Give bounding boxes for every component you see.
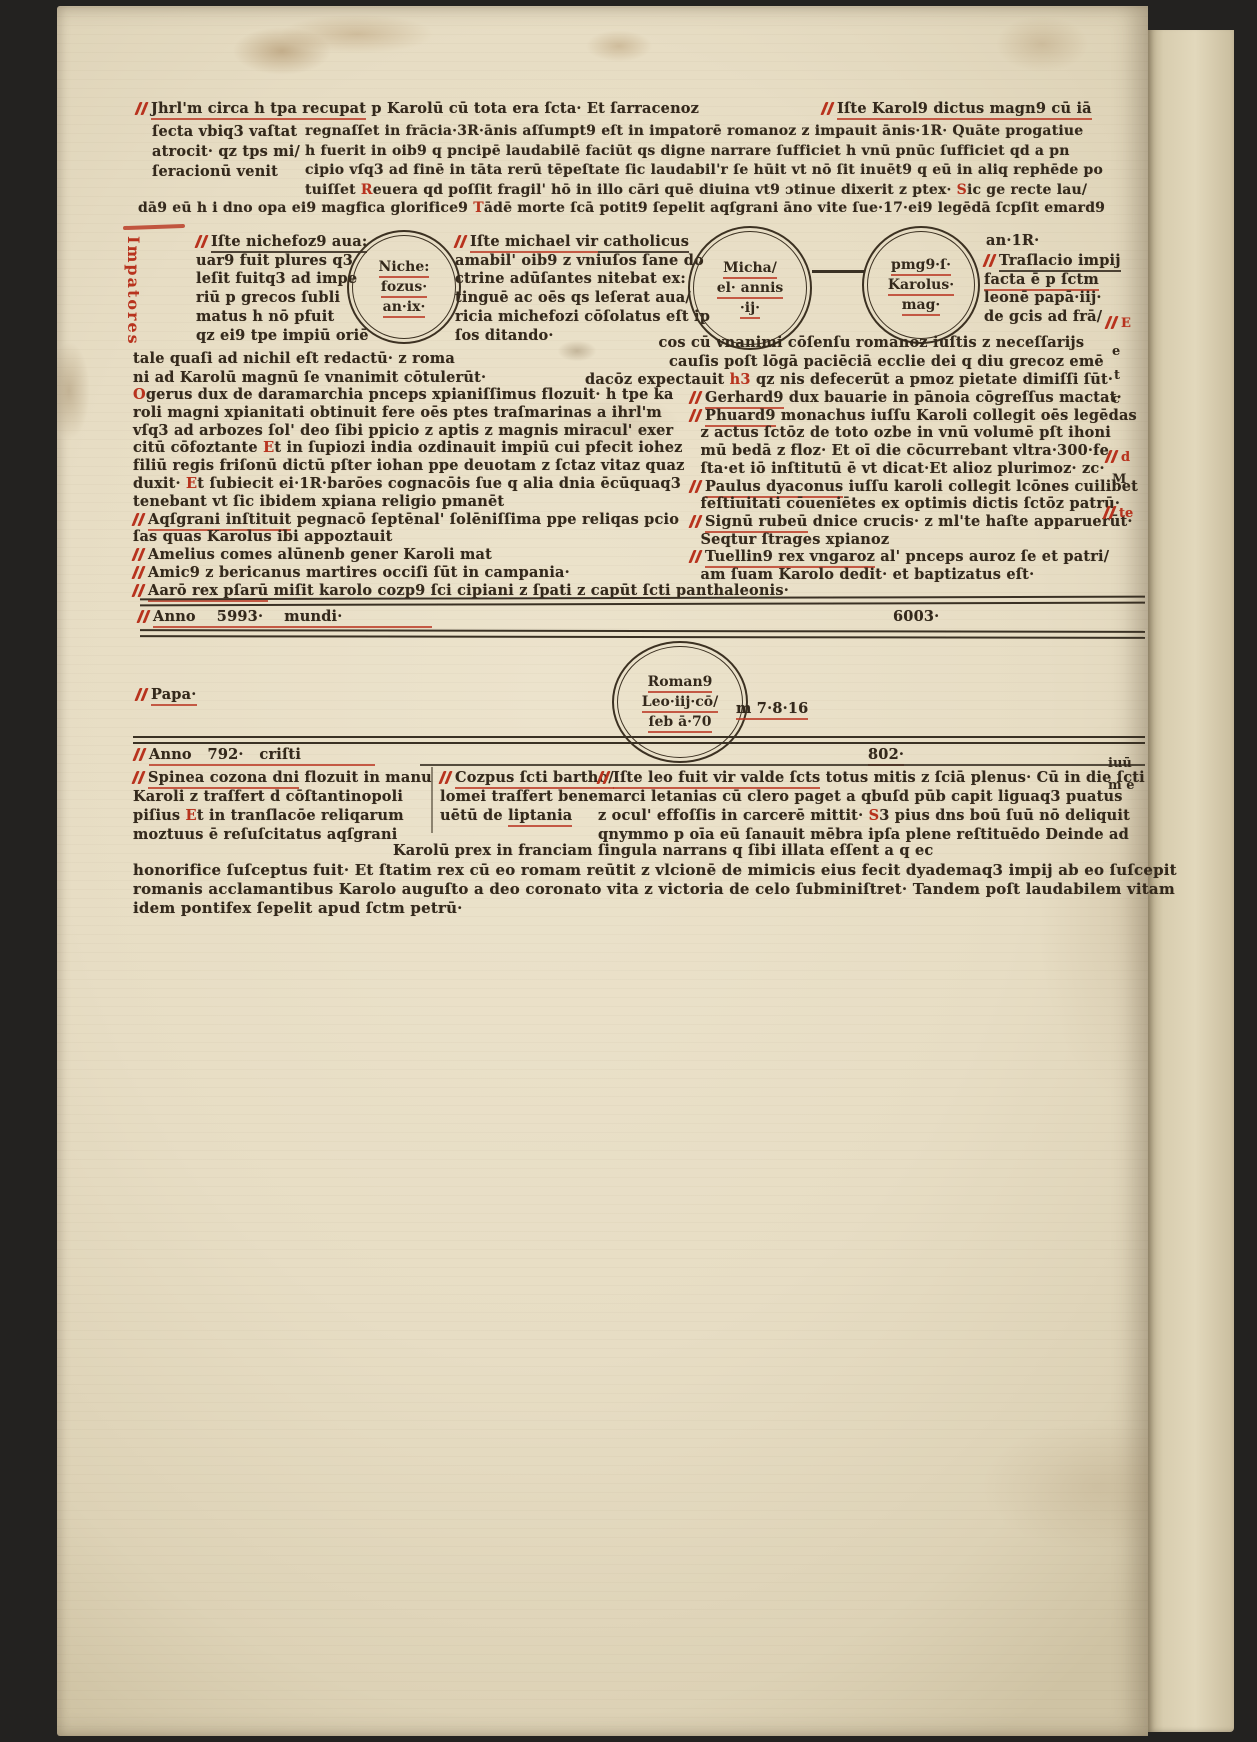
text-line: Cozpus ſcti bartho/ xyxy=(440,768,600,787)
bottom-continuation-line: Karolū prex in franciam ſingula narrans … xyxy=(393,842,1013,860)
text-line: Karolus· xyxy=(888,276,954,295)
text-line: ſta·et iō inſtitutū ē vt dicat·Et alioz … xyxy=(690,460,1145,478)
text-line: mū bedā z floz· Et oī die cōcurrebant vl… xyxy=(690,442,1145,460)
text-line: el· annis xyxy=(717,279,784,298)
text-line: mag· xyxy=(902,296,941,315)
pilcrow-mark xyxy=(133,584,144,597)
pilcrow-mark xyxy=(133,566,144,579)
text-line: piſius Et in tranſlacōe reliqarum xyxy=(133,806,433,825)
text-line: duxit· Et ſubiecit ei·1R·barōes cognacōi… xyxy=(133,475,703,493)
anno-mundi-right-value: 6003· xyxy=(893,608,983,626)
margin-fragment: E xyxy=(1106,316,1131,331)
genealogy-connector-line xyxy=(812,270,864,273)
pilcrow-mark xyxy=(690,550,701,563)
text-line: fozus· xyxy=(381,278,427,297)
circle-karolus-magnus: pmg9·ſ·Karolus·mag· xyxy=(862,226,980,344)
text-line: idem pontifex ſepelit apud ſctm petrū· xyxy=(133,899,1148,918)
top-main-paragraph: regnaſſet in frācia·3R·ānis aſſumpt9 eſt… xyxy=(305,122,1115,200)
double-rule xyxy=(133,736,1145,744)
pilcrow-mark xyxy=(196,235,207,248)
left-continuation: tale quaſi ad nichil eſt redactū· z roma… xyxy=(133,350,553,387)
margin-label-imperatores: Impatores xyxy=(124,236,143,346)
text-line: Papa· xyxy=(136,686,256,704)
text-line: vſq3 ad arbozes ſol' deo ſibi ppicio z a… xyxy=(133,422,703,440)
text-line: z actus ſctōz de toto ozbe in vnū volumē… xyxy=(690,424,1145,442)
text-line: Anno 5993· mundi· xyxy=(138,608,698,626)
text-line: 802· xyxy=(868,746,958,764)
top-right-header: Iſte Karol9 dictus magn9 cū iā xyxy=(822,100,1122,118)
margin-fragment: te xyxy=(1104,506,1133,521)
text-line: tale quaſi ad nichil eſt redactū· z roma xyxy=(133,350,553,369)
pilcrow-mark xyxy=(455,235,466,248)
right-entries-list: Gerhard9 dux bauarie in pānoia cōgreſſus… xyxy=(690,389,1145,584)
text-line: an·ix· xyxy=(383,298,426,317)
pilcrow-mark xyxy=(133,548,144,561)
papa-red-note: m 7·8·16 xyxy=(736,700,856,718)
text-line: qz ei9 tpe impiū oriē xyxy=(196,327,361,346)
pilcrow-mark xyxy=(440,771,451,784)
text-line: ſas quas Karolus ibi appoztauit xyxy=(133,528,703,546)
text-line: facta ē p ſctm xyxy=(984,271,1149,290)
pilcrow-mark xyxy=(1104,506,1115,519)
pilcrow-mark xyxy=(690,391,701,404)
bottom-column-leo: Iſte leo fuit vir valde ſcts totus mitis… xyxy=(598,768,1146,844)
text-line: Niche: xyxy=(379,258,430,277)
text-line: Iſte nichefoz9 aua: xyxy=(196,233,361,252)
circle-michael: Micha/el· annis·ij· xyxy=(688,226,812,350)
text-line: dā9 eū h i dno opa ei9 magfica glorifice… xyxy=(138,200,1118,218)
top-closing-line: dā9 eū h i dno opa ei9 magfica glorifice… xyxy=(138,200,1118,218)
pilcrow-mark xyxy=(1106,450,1117,463)
text-line: Roman9 xyxy=(648,673,713,692)
nichephorus-paragraph: Iſte nichefoz9 aua:uar9 fuit plures q3le… xyxy=(196,233,361,345)
text-line: Aqſgrani inſtituit pegnacō ſeptēnal' ſol… xyxy=(133,511,703,529)
pilcrow-mark xyxy=(598,771,609,784)
papa-label: Papa· xyxy=(136,686,256,704)
column-divider xyxy=(431,767,433,833)
text-line: honorifice ſuſceptus fuit· Et ſtatim rex… xyxy=(133,861,1148,880)
bottom-column-bartholomew: Cozpus ſcti bartho/lomei traſfert beneuē… xyxy=(440,768,600,825)
text-line: pmg9·ſ· xyxy=(891,256,951,275)
text-line: Gerhard9 dux bauarie in pānoia cōgreſſus… xyxy=(690,389,1145,407)
right-continuation: cos cū vnanimi cōſenſu romanoz iuſtis z … xyxy=(585,334,1145,390)
text-line: z ocul' effoſſis in carcerē mittit· S3 p… xyxy=(598,806,1146,825)
translatio-imperii-note: Traſlacio impijfacta ē p ſctmleonē papā·… xyxy=(984,252,1149,326)
anno-cristi-right-value: 802· xyxy=(868,746,958,764)
text-line: Jhrl'm circa h tpa recupat p Karolū cū t… xyxy=(136,100,816,118)
text-line: filiū regis friſonū dictū pſter iohan pp… xyxy=(133,457,703,475)
text-line: lomei traſfert bene xyxy=(440,787,600,806)
text-line: tenebant vt ſic ibidem xpiana religio pm… xyxy=(133,493,703,511)
text-line: citū cōfoztante Et in ſupiozi india ozdi… xyxy=(133,439,703,457)
text-line: leonē papā·iij· xyxy=(984,289,1149,308)
text-line: cauſis poſt lōgā paciēciā ecclie dei q d… xyxy=(585,353,1145,372)
pilcrow-mark xyxy=(690,409,701,422)
pilcrow-mark xyxy=(136,688,147,701)
text-line: Signū rubeū dnice crucis· z ml'te haſte … xyxy=(690,513,1145,531)
pilcrow-mark xyxy=(984,254,995,267)
text-line: regnaſſet in frācia·3R·ānis aſſumpt9 eſt… xyxy=(305,122,1115,142)
text-line: Karolū prex in franciam ſingula narrans … xyxy=(393,842,1013,860)
pilcrow-mark xyxy=(690,480,701,493)
age-note: an·1R· xyxy=(986,232,1076,250)
text-line: tinguē ac oēs qs leſerat aua/ xyxy=(455,289,690,308)
michael-paragraph: Iſte michael vir catholicusamabil' oib9 … xyxy=(455,233,690,345)
text-line: uētū de liptania xyxy=(440,806,600,825)
margin-fragment: c xyxy=(1112,392,1120,407)
background-edge xyxy=(1234,0,1257,1742)
pilcrow-mark xyxy=(133,771,144,784)
text-line: roli magni xpianitati obtinuit fere oēs … xyxy=(133,404,703,422)
bottom-column-crown: Spinea cozona dni flozuit in manuKaroli … xyxy=(133,768,433,844)
text-line: Ogerus dux de daramarchia pnceps xpianiſ… xyxy=(133,386,703,404)
text-line: Tuellin9 rex vngaroz al' pnceps auroz ſe… xyxy=(690,548,1145,566)
circle-pope-leo: Roman9Leo·iij·cō/ſeb ā·70 xyxy=(612,641,748,763)
text-line: uar9 fuit plures q3 xyxy=(196,252,361,271)
margin-fragment: t xyxy=(1114,368,1120,383)
text-line: Iſte Karol9 dictus magn9 cū iā xyxy=(822,100,1122,118)
pilcrow-mark xyxy=(822,102,833,115)
anno-mundi-label: Anno 5993· mundi· xyxy=(138,608,698,626)
text-line: amabil' oib9 z vniuſos ſane do xyxy=(455,252,690,271)
single-rule xyxy=(420,764,1145,766)
margin-fragment: m e xyxy=(1108,778,1135,793)
text-line: matus h nō pfuit xyxy=(196,308,361,327)
text-line: Amelius comes alūnenb gener Karoli mat xyxy=(133,546,703,564)
text-line: ſeb ā·70 xyxy=(648,713,711,732)
text-line: leſit fuitq3 ad impe xyxy=(196,270,361,289)
text-line: cipio vſq3 ad finē in tāta rerū tēpeſtat… xyxy=(305,161,1115,181)
text-line: h fuerit in oib9 q pncipē laudabilē faci… xyxy=(305,142,1115,162)
margin-fragment: M xyxy=(1112,472,1126,487)
text-line: ctrine adūſantes nitebat ex: xyxy=(455,270,690,289)
left-entries-list: Ogerus dux de daramarchia pnceps xpianiſ… xyxy=(133,386,703,600)
circle-nichephorus: Niche:fozus·an·ix· xyxy=(347,230,461,344)
pilcrow-mark xyxy=(133,513,144,526)
pilcrow-mark xyxy=(138,610,149,623)
top-opening-line: Jhrl'm circa h tpa recupat p Karolū cū t… xyxy=(136,100,816,118)
bottom-closing-paragraph: honorifice ſuſceptus fuit· Et ſtatim rex… xyxy=(133,861,1148,918)
text-line: Iſte michael vir catholicus xyxy=(455,233,690,252)
text-line: ·ij· xyxy=(740,299,760,318)
text-line: tuiſſet Reuera qd poſſit fragil' hō in i… xyxy=(305,181,1115,201)
text-line: Spinea cozona dni flozuit in manu xyxy=(133,768,433,787)
text-line: marci letanias cū clero paget a qbuſd pū… xyxy=(598,787,1146,806)
text-line: Paulus dyaconus iuſſu karoli collegit lc… xyxy=(690,478,1145,496)
pilcrow-mark xyxy=(690,515,701,528)
margin-fragment: iuū xyxy=(1108,756,1132,771)
text-line: am ſuam Karolo dedit· et baptizatus eſt· xyxy=(690,566,1145,584)
text-line: ricia michefozi cōſolatus eſt ip xyxy=(455,308,690,327)
text-line: cos cū vnanimi cōſenſu romanoz iuſtis z … xyxy=(585,334,1145,353)
text-line: Anno 792· criſti xyxy=(134,746,614,764)
next-page-edge xyxy=(1148,26,1234,1732)
pilcrow-mark xyxy=(136,102,147,115)
text-line: romanis acclamantibus Karolo auguſto a d… xyxy=(133,880,1148,899)
text-line: Leo·iij·cō/ xyxy=(642,693,719,712)
text-line: Seqtur ſtrages xpianoz xyxy=(690,531,1145,549)
text-line: Phuard9 monachus iuſſu Karoli collegit o… xyxy=(690,407,1145,425)
margin-fragment: d xyxy=(1106,450,1130,465)
text-line: moztuus ē reſuſcitatus aqſgrani xyxy=(133,825,433,844)
text-line: Iſte leo fuit vir valde ſcts totus mitis… xyxy=(598,768,1146,787)
text-line: Micha/ xyxy=(723,259,777,278)
text-line: Amic9 z bericanus martires occiſi ſūt in… xyxy=(133,564,703,582)
text-line: m 7·8·16 xyxy=(736,700,856,718)
text-line: Karoli z traſfert d cōſtantinopoli xyxy=(133,787,433,806)
pilcrow-mark xyxy=(1106,316,1117,329)
text-line: 6003· xyxy=(893,608,983,626)
text-line: ni ad Karolū magnū ſe vnanimit cōtulerūt… xyxy=(133,369,553,388)
margin-fragment: e xyxy=(1112,344,1120,359)
text-line: Traſlacio impij xyxy=(984,252,1149,271)
text-line: feſtiuitati cōueniētes ex optimis dictis… xyxy=(690,495,1145,513)
pilcrow-mark xyxy=(134,748,145,761)
anno-cristi-label: Anno 792· criſti xyxy=(134,746,614,764)
text-line: riū p grecos ſubli xyxy=(196,289,361,308)
